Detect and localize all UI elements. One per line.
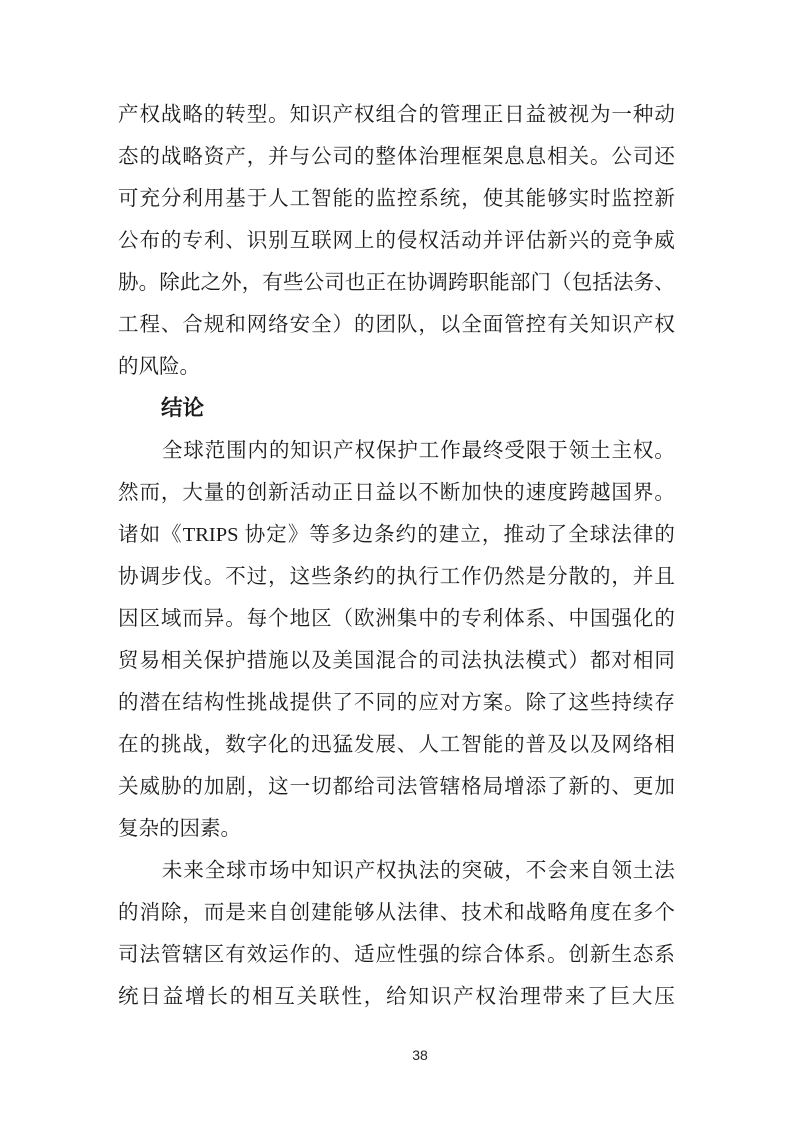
glyph-run: 辖 bbox=[440, 777, 461, 798]
glyph-run: 活 bbox=[290, 483, 311, 504]
glyph-run: 这 bbox=[268, 777, 289, 798]
glyph-run: 步 bbox=[161, 567, 182, 588]
glyph-run: 时 bbox=[590, 189, 611, 210]
glyph-run: 统 bbox=[118, 987, 139, 1008]
glyph-run: 的 bbox=[204, 105, 225, 126]
glyph-run: 的 bbox=[118, 903, 139, 924]
glyph-run: 相 bbox=[654, 735, 675, 756]
glyph-run: 界 bbox=[633, 483, 654, 504]
glyph-run: 并 bbox=[483, 231, 504, 252]
glyph-run: 的 bbox=[159, 819, 180, 840]
glyph-run: 了 bbox=[547, 525, 568, 546]
glyph-run: 区 bbox=[311, 609, 332, 630]
glyph-run: 能 bbox=[483, 735, 504, 756]
glyph-run: 产 bbox=[355, 861, 376, 882]
glyph-run: 网 bbox=[247, 315, 268, 336]
glyph-run: 战 bbox=[161, 105, 182, 126]
glyph-run: 的 bbox=[139, 735, 160, 756]
glyph-run: 控 bbox=[526, 315, 547, 336]
glyph-run: 够 bbox=[354, 903, 375, 924]
glyph-run: ， bbox=[204, 735, 225, 756]
glyph-run: 保 bbox=[204, 651, 225, 672]
glyph-run: 识 bbox=[431, 987, 452, 1008]
glyph-run: 调 bbox=[427, 273, 448, 294]
glyph-run: 、 bbox=[440, 903, 461, 924]
glyph-run: 论 bbox=[183, 398, 205, 420]
glyph-run: 知 bbox=[312, 861, 333, 882]
glyph-run: 全 bbox=[311, 315, 332, 336]
glyph-run: 司 bbox=[440, 651, 461, 672]
glyph-run: 对 bbox=[611, 651, 632, 672]
glyph-run: 产 bbox=[118, 105, 139, 126]
glyph-run: 能 bbox=[333, 189, 354, 210]
glyph-run: 字 bbox=[247, 735, 268, 756]
glyph-run: 关 bbox=[569, 315, 590, 336]
glyph-run: 权 bbox=[355, 441, 376, 462]
glyph-run: 巨 bbox=[610, 987, 631, 1008]
glyph-run: 的 bbox=[504, 483, 525, 504]
glyph-run: 网 bbox=[333, 231, 354, 252]
glyph-run: 续 bbox=[633, 693, 654, 714]
glyph-run: 工 bbox=[118, 315, 139, 336]
glyph-run: 分 bbox=[547, 567, 568, 588]
glyph-run: 型 bbox=[247, 105, 268, 126]
glyph-run: 突 bbox=[462, 861, 483, 882]
glyph-run: 新 bbox=[590, 945, 611, 966]
glyph-run: 中 bbox=[569, 609, 590, 630]
glyph-run: 增 bbox=[185, 987, 206, 1008]
glyph-run: 日 bbox=[354, 483, 375, 504]
glyph-run: 包 bbox=[572, 273, 593, 294]
glyph-run: 侵 bbox=[397, 231, 418, 252]
text-line: 复杂的因素。 bbox=[118, 808, 675, 850]
glyph-run: 的 bbox=[418, 651, 439, 672]
glyph-run: 的 bbox=[440, 945, 461, 966]
glyph-run: 人 bbox=[268, 189, 289, 210]
glyph-run: 协 bbox=[407, 273, 428, 294]
glyph-run: 加 bbox=[461, 483, 482, 504]
glyph-run: 建 bbox=[439, 525, 460, 546]
glyph-run: 体 bbox=[504, 945, 525, 966]
glyph-run: 产 bbox=[225, 147, 246, 168]
glyph-run: 来 bbox=[183, 861, 204, 882]
glyph-run: 强 bbox=[611, 609, 632, 630]
glyph-run: 最 bbox=[462, 441, 483, 462]
glyph-run: 还 bbox=[654, 147, 675, 168]
glyph-run: 性 bbox=[397, 945, 418, 966]
glyph-run: 能 bbox=[333, 903, 354, 924]
glyph-run: 能 bbox=[489, 273, 510, 294]
glyph-run: 在 bbox=[118, 735, 139, 756]
glyph-run: 充 bbox=[139, 189, 160, 210]
glyph-run: 务 bbox=[634, 273, 655, 294]
text-line: 贸易相关保护措施以及美国混合的司法执法模式）都对相同 bbox=[118, 640, 675, 682]
glyph-run: 框 bbox=[461, 147, 482, 168]
glyph-run: 识 bbox=[333, 861, 354, 882]
glyph-run: 。 bbox=[547, 945, 568, 966]
glyph-run: 。 bbox=[221, 819, 242, 840]
glyph-run: 管 bbox=[504, 315, 525, 336]
glyph-run: 未 bbox=[162, 861, 183, 882]
glyph-run: 了 bbox=[547, 777, 568, 798]
glyph-run: 权 bbox=[376, 861, 397, 882]
glyph-run: 知 bbox=[290, 105, 311, 126]
glyph-run: 多 bbox=[331, 525, 352, 546]
glyph-run: 险 bbox=[159, 357, 180, 378]
glyph-run: 整 bbox=[375, 147, 396, 168]
glyph-run: 异 bbox=[204, 609, 225, 630]
glyph-run: 领 bbox=[569, 441, 590, 462]
glyph-run: ， bbox=[247, 147, 268, 168]
glyph-run: 案 bbox=[483, 693, 504, 714]
glyph-run: TRIPS bbox=[183, 525, 244, 546]
glyph-run: 易 bbox=[139, 651, 160, 672]
glyph-run: 全 bbox=[162, 441, 183, 462]
glyph-run: 略 bbox=[182, 105, 203, 126]
glyph-run: 活 bbox=[440, 231, 461, 252]
glyph-run: 压 bbox=[654, 987, 675, 1008]
glyph-run: 应 bbox=[418, 693, 439, 714]
glyph-run: 利 bbox=[182, 189, 203, 210]
glyph-run: 性 bbox=[225, 693, 246, 714]
glyph-run: 一 bbox=[290, 777, 311, 798]
glyph-run: 监 bbox=[375, 189, 396, 210]
glyph-run: 工 bbox=[419, 441, 440, 462]
glyph-run: 联 bbox=[319, 987, 340, 1008]
glyph-run: 方 bbox=[461, 693, 482, 714]
glyph-run: 司 bbox=[324, 273, 345, 294]
glyph-run: 、 bbox=[547, 609, 568, 630]
glyph-run: 关 bbox=[118, 777, 139, 798]
glyph-run: 消 bbox=[139, 903, 160, 924]
glyph-run: 了 bbox=[587, 987, 608, 1008]
glyph-run: 不 bbox=[225, 567, 246, 588]
glyph-run: 构 bbox=[204, 693, 225, 714]
glyph-run: 合 bbox=[397, 105, 418, 126]
glyph-run: 带 bbox=[543, 987, 564, 1008]
glyph-run: 及 bbox=[311, 651, 332, 672]
glyph-run: 联 bbox=[311, 231, 332, 252]
glyph-run: 市 bbox=[248, 861, 269, 882]
glyph-run: （ bbox=[551, 273, 572, 294]
glyph-run: 创 bbox=[290, 903, 311, 924]
glyph-run: 合 bbox=[483, 945, 504, 966]
glyph-run: 的 bbox=[654, 609, 675, 630]
glyph-run: 限 bbox=[526, 441, 547, 462]
glyph-run: 全 bbox=[461, 315, 482, 336]
glyph-run: 因 bbox=[180, 819, 201, 840]
glyph-run: 相 bbox=[252, 987, 273, 1008]
glyph-run: 《 bbox=[161, 525, 182, 546]
glyph-run: 治 bbox=[498, 987, 519, 1008]
glyph-run: 条 bbox=[374, 525, 395, 546]
glyph-run: 然 bbox=[504, 567, 525, 588]
glyph-run: 都 bbox=[590, 651, 611, 672]
glyph-run: 分 bbox=[161, 189, 182, 210]
glyph-run: 。 bbox=[590, 147, 611, 168]
glyph-run: 除 bbox=[526, 693, 547, 714]
glyph-run: 域 bbox=[161, 609, 182, 630]
glyph-run: 场 bbox=[269, 861, 290, 882]
glyph-run: 专 bbox=[461, 609, 482, 630]
glyph-run: 是 bbox=[526, 567, 547, 588]
glyph-run: ， bbox=[364, 987, 385, 1008]
glyph-run: 权 bbox=[139, 105, 160, 126]
glyph-run: 这 bbox=[569, 693, 590, 714]
glyph-run: 大 bbox=[632, 987, 653, 1008]
glyph-run: 在 bbox=[386, 273, 407, 294]
glyph-run: 的 bbox=[375, 567, 396, 588]
glyph-run: 区 bbox=[204, 945, 225, 966]
text-line: 因区域而异。每个地区（欧洲集中的专利体系、中国强化的 bbox=[118, 598, 675, 640]
glyph-run: 护 bbox=[225, 651, 246, 672]
glyph-run: ， bbox=[461, 189, 482, 210]
glyph-run: 正 bbox=[333, 483, 354, 504]
glyph-run: 作 bbox=[461, 567, 482, 588]
glyph-run: 贸 bbox=[118, 651, 139, 672]
glyph-run: 及 bbox=[547, 735, 568, 756]
glyph-run: 此 bbox=[180, 273, 201, 294]
glyph-run: 网 bbox=[611, 735, 632, 756]
glyph-run: 络 bbox=[268, 315, 289, 336]
glyph-run: 猛 bbox=[333, 735, 354, 756]
text-line: 态的战略资产，并与公司的整体治理框架息息相关。公司还 bbox=[118, 136, 675, 178]
glyph-run: 合 bbox=[182, 315, 203, 336]
glyph-run: 挑 bbox=[247, 693, 268, 714]
glyph-run: ） bbox=[569, 651, 590, 672]
glyph-run: 、 bbox=[397, 735, 418, 756]
text-line: 诸如《TRIPS 协定》等多边条约的建立，推动了全球法律的 bbox=[118, 514, 675, 556]
glyph-run: 些 bbox=[283, 273, 304, 294]
glyph-run: 美 bbox=[333, 651, 354, 672]
glyph-run: 法 bbox=[504, 651, 525, 672]
glyph-run: 破 bbox=[483, 861, 504, 882]
glyph-run: 和 bbox=[504, 903, 525, 924]
glyph-run: 法 bbox=[139, 945, 160, 966]
glyph-run: 运 bbox=[268, 945, 289, 966]
glyph-run: 个 bbox=[654, 903, 675, 924]
glyph-run: 伐 bbox=[182, 567, 203, 588]
glyph-run: 动 bbox=[654, 105, 675, 126]
glyph-run: 多 bbox=[633, 903, 654, 924]
glyph-run: 可 bbox=[118, 189, 139, 210]
glyph-run: 知 bbox=[590, 315, 611, 336]
glyph-run: 的 bbox=[354, 189, 375, 210]
glyph-run: 。 bbox=[654, 441, 675, 462]
glyph-run: 智 bbox=[311, 189, 332, 210]
glyph-run: 基 bbox=[225, 189, 246, 210]
glyph-run: 施 bbox=[268, 651, 289, 672]
glyph-run: ， bbox=[611, 567, 632, 588]
glyph-run: 息 bbox=[504, 147, 525, 168]
glyph-run: 越 bbox=[590, 483, 611, 504]
glyph-run: 兴 bbox=[569, 231, 590, 252]
glyph-run: 一 bbox=[611, 105, 632, 126]
glyph-run: 新 bbox=[547, 231, 568, 252]
text-line: 的消除，而是来自创建能够从法律、技术和战略角度在多个 bbox=[118, 892, 675, 934]
glyph-run: 适 bbox=[354, 945, 375, 966]
text-line: 的潜在结构性挑战提供了不同的应对方案。除了这些持续存 bbox=[118, 682, 675, 724]
glyph-run: 益 bbox=[526, 105, 547, 126]
glyph-run: 转 bbox=[225, 105, 246, 126]
glyph-run: 益 bbox=[375, 483, 396, 504]
glyph-run: 估 bbox=[526, 231, 547, 252]
glyph-run: 识 bbox=[247, 231, 268, 252]
glyph-run: 理 bbox=[520, 987, 541, 1008]
glyph-run: 法 bbox=[397, 777, 418, 798]
glyph-run: 来 bbox=[247, 903, 268, 924]
text-line: 公布的专利、识别互联网上的侵权活动并评估新兴的竞争威 bbox=[118, 220, 675, 262]
glyph-run: 理 bbox=[461, 105, 482, 126]
glyph-run: 条 bbox=[333, 567, 354, 588]
glyph-run: 态 bbox=[118, 147, 139, 168]
glyph-run: 专 bbox=[182, 231, 203, 252]
glyph-run: 的 bbox=[354, 147, 375, 168]
glyph-run: 公 bbox=[311, 147, 332, 168]
glyph-run: 程 bbox=[139, 315, 160, 336]
glyph-run: 化 bbox=[268, 735, 289, 756]
glyph-run: 战 bbox=[182, 735, 203, 756]
glyph-run: 工 bbox=[290, 189, 311, 210]
glyph-run: 用 bbox=[204, 189, 225, 210]
glyph-run: 仍 bbox=[483, 567, 504, 588]
glyph-run: 的 bbox=[230, 987, 251, 1008]
glyph-run: 跨 bbox=[569, 483, 590, 504]
glyph-run: 的 bbox=[118, 357, 139, 378]
glyph-run: 以 bbox=[569, 735, 590, 756]
glyph-run: 知 bbox=[408, 987, 429, 1008]
glyph-run: 长 bbox=[207, 987, 228, 1008]
glyph-run: 会 bbox=[547, 861, 568, 882]
glyph-run: 系 bbox=[526, 609, 547, 630]
glyph-run: 、 bbox=[161, 315, 182, 336]
glyph-run: 法 bbox=[613, 273, 634, 294]
glyph-run: 的 bbox=[290, 735, 311, 756]
glyph-run: 除 bbox=[161, 903, 182, 924]
glyph-run: 别 bbox=[268, 231, 289, 252]
glyph-run: 在 bbox=[611, 903, 632, 924]
glyph-run: 复 bbox=[118, 819, 139, 840]
glyph-run: 应 bbox=[375, 945, 396, 966]
glyph-run: 添 bbox=[526, 777, 547, 798]
glyph-run: 持 bbox=[611, 693, 632, 714]
glyph-run: 杂 bbox=[139, 819, 160, 840]
glyph-run: 公 bbox=[304, 273, 325, 294]
glyph-run: 内 bbox=[248, 441, 269, 462]
glyph-run: ， bbox=[182, 903, 203, 924]
glyph-run: 。 bbox=[180, 357, 201, 378]
glyph-run: 工 bbox=[440, 735, 461, 756]
glyph-run: 有 bbox=[547, 315, 568, 336]
glyph-run: 加 bbox=[204, 777, 225, 798]
glyph-run: ， bbox=[161, 483, 182, 504]
glyph-run: 强 bbox=[418, 945, 439, 966]
glyph-run: 管 bbox=[161, 945, 182, 966]
glyph-run: 区 bbox=[139, 609, 160, 630]
glyph-run: （ bbox=[333, 609, 354, 630]
glyph-run: 混 bbox=[375, 651, 396, 672]
glyph-run: 约 bbox=[354, 567, 375, 588]
glyph-run: 国 bbox=[354, 651, 375, 672]
glyph-run: 于 bbox=[247, 189, 268, 210]
glyph-run: 、 bbox=[333, 945, 354, 966]
glyph-run: 潜 bbox=[139, 693, 160, 714]
glyph-run: 法 bbox=[611, 525, 632, 546]
glyph-run: 存 bbox=[654, 693, 675, 714]
glyph-run: 体 bbox=[397, 147, 418, 168]
glyph-run: 球 bbox=[590, 525, 611, 546]
glyph-run: 法 bbox=[397, 903, 418, 924]
glyph-run: 从 bbox=[375, 903, 396, 924]
glyph-run: 律 bbox=[633, 525, 654, 546]
glyph-run: 、 bbox=[611, 777, 632, 798]
glyph-run: 动 bbox=[311, 483, 332, 504]
glyph-run: 人 bbox=[418, 735, 439, 756]
glyph-run: 被 bbox=[547, 105, 568, 126]
glyph-run: 性 bbox=[341, 987, 362, 1008]
glyph-run: 面 bbox=[483, 315, 504, 336]
glyph-run: 新 bbox=[268, 483, 289, 504]
glyph-run: 略 bbox=[182, 147, 203, 168]
glyph-run: 数 bbox=[225, 735, 246, 756]
glyph-run: 威 bbox=[139, 777, 160, 798]
glyph-run: 迅 bbox=[311, 735, 332, 756]
glyph-run: 行 bbox=[418, 567, 439, 588]
glyph-run: 产 bbox=[453, 987, 474, 1008]
glyph-run: 格 bbox=[461, 777, 482, 798]
glyph-run: 过 bbox=[247, 567, 268, 588]
glyph-run: 更 bbox=[633, 777, 654, 798]
glyph-run: 效 bbox=[247, 945, 268, 966]
glyph-run: 司 bbox=[375, 777, 396, 798]
glyph-run: 球 bbox=[183, 441, 204, 462]
glyph-run: 术 bbox=[483, 903, 504, 924]
glyph-run: 量 bbox=[204, 483, 225, 504]
glyph-run: 的 bbox=[139, 147, 160, 168]
glyph-run: 诸 bbox=[118, 525, 139, 546]
text-line: 在的挑战，数字化的迅猛发展、人工智能的普及以及网络相 bbox=[118, 724, 675, 766]
glyph-run: 结 bbox=[182, 693, 203, 714]
glyph-run: 的 bbox=[654, 525, 675, 546]
glyph-run: 边 bbox=[353, 525, 374, 546]
glyph-run: 利 bbox=[204, 231, 225, 252]
glyph-run: 等 bbox=[309, 525, 330, 546]
glyph-run: 、 bbox=[225, 231, 246, 252]
glyph-run: 洲 bbox=[375, 609, 396, 630]
glyph-run: 产 bbox=[333, 441, 354, 462]
glyph-run: 识 bbox=[311, 105, 332, 126]
glyph-run: 自 bbox=[590, 861, 611, 882]
glyph-run: 管 bbox=[418, 777, 439, 798]
glyph-run: 国 bbox=[590, 609, 611, 630]
glyph-run: 加 bbox=[654, 777, 675, 798]
glyph-run: 局 bbox=[483, 777, 504, 798]
glyph-run: 。 bbox=[654, 483, 675, 504]
glyph-run: 络 bbox=[633, 735, 654, 756]
glyph-run: 并 bbox=[268, 147, 289, 168]
glyph-run: 种 bbox=[633, 105, 654, 126]
glyph-run: 、 bbox=[654, 273, 675, 294]
glyph-run: 监 bbox=[611, 189, 632, 210]
glyph-run: 以 bbox=[290, 651, 311, 672]
glyph-run: ， bbox=[268, 567, 289, 588]
glyph-run: 以 bbox=[440, 315, 461, 336]
glyph-run: 综 bbox=[461, 945, 482, 966]
glyph-run: 主 bbox=[611, 441, 632, 462]
glyph-run: 公 bbox=[611, 147, 632, 168]
glyph-run: 的 bbox=[590, 231, 611, 252]
glyph-run: 剧 bbox=[225, 777, 246, 798]
